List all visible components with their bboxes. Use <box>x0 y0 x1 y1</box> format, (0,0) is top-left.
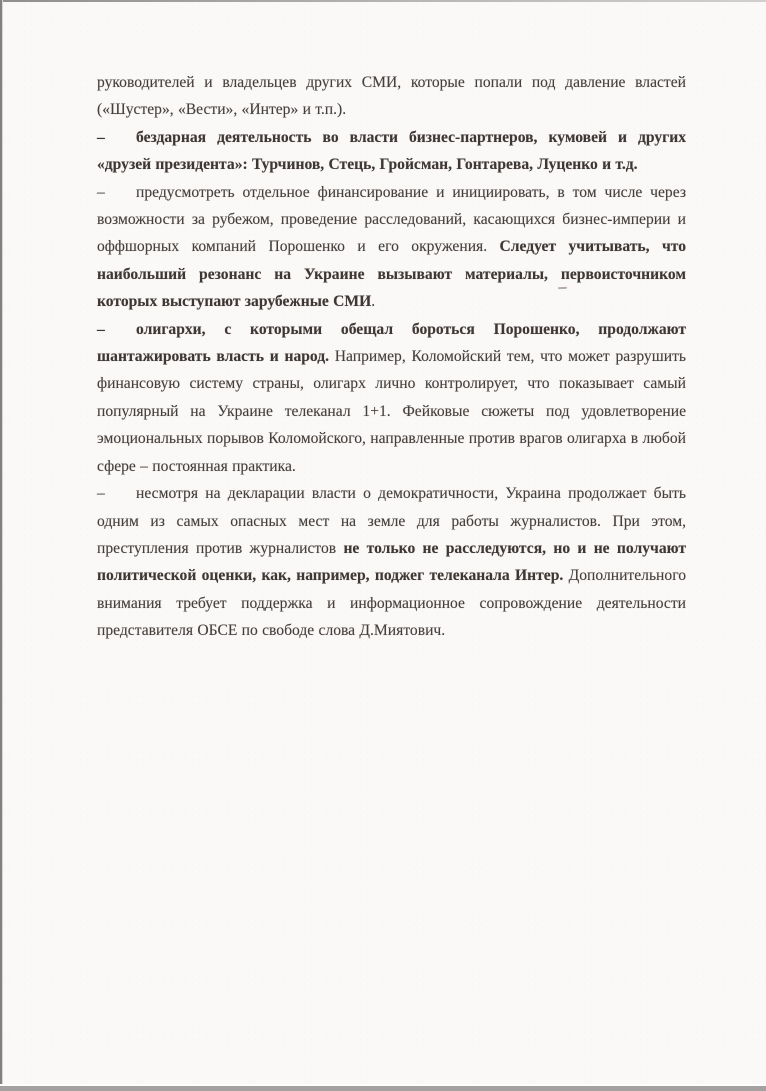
document-body: руководителей и владельцев других СМИ, к… <box>97 69 686 645</box>
text-run-bold: бездарная деятельность во власти бизнес-… <box>97 129 686 173</box>
scan-edge-top <box>0 0 766 2</box>
paragraph: –несмотря на декларации власти о демокра… <box>97 480 686 644</box>
bullet-dash: – <box>97 316 136 343</box>
bullet-dash: – <box>97 124 136 151</box>
bullet-dash: – <box>97 179 136 206</box>
text-run: . <box>371 293 375 310</box>
text-run: руководителей и владельцев других СМИ, к… <box>97 74 686 118</box>
text-run: Например, Коломойский тем, что может раз… <box>97 348 686 475</box>
bullet-dash: – <box>97 480 136 507</box>
scan-edge-left-soft <box>2 0 3 1091</box>
paragraph: –предусмотреть отдельное финансирование … <box>97 179 686 316</box>
paragraph: руководителей и владельцев других СМИ, к… <box>97 69 686 124</box>
paragraph: –олигархи, с которыми обещал бороться По… <box>97 316 686 480</box>
scanned-page: руководителей и владельцев других СМИ, к… <box>0 0 766 1091</box>
paragraph: –бездарная деятельность во власти бизнес… <box>97 124 686 179</box>
scan-edge-bottom <box>0 1086 766 1091</box>
